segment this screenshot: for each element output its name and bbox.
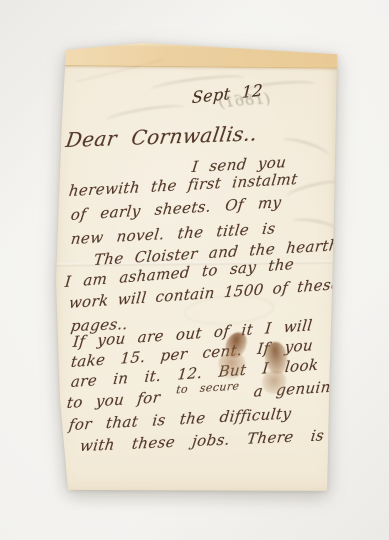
letter-photo: Sept 12 (1861) Dear Cornwallis.. I send … — [0, 0, 389, 540]
year-showthrough: (1861) — [217, 89, 271, 111]
showthrough-mark — [291, 216, 338, 236]
inserted-word-above-line: to secure — [175, 379, 240, 396]
letter-paper: Sept 12 (1861) Dear Cornwallis.. I send … — [54, 42, 340, 494]
showthrough-mark — [106, 102, 187, 126]
showthrough-mark — [281, 135, 330, 161]
letter-paper-wrap: Sept 12 (1861) Dear Cornwallis.. I send … — [54, 42, 340, 494]
paper-fold-strip — [54, 42, 340, 68]
salutation-line: Dear Cornwallis.. — [64, 121, 259, 152]
insertion-before-text: to you for — [66, 388, 161, 412]
